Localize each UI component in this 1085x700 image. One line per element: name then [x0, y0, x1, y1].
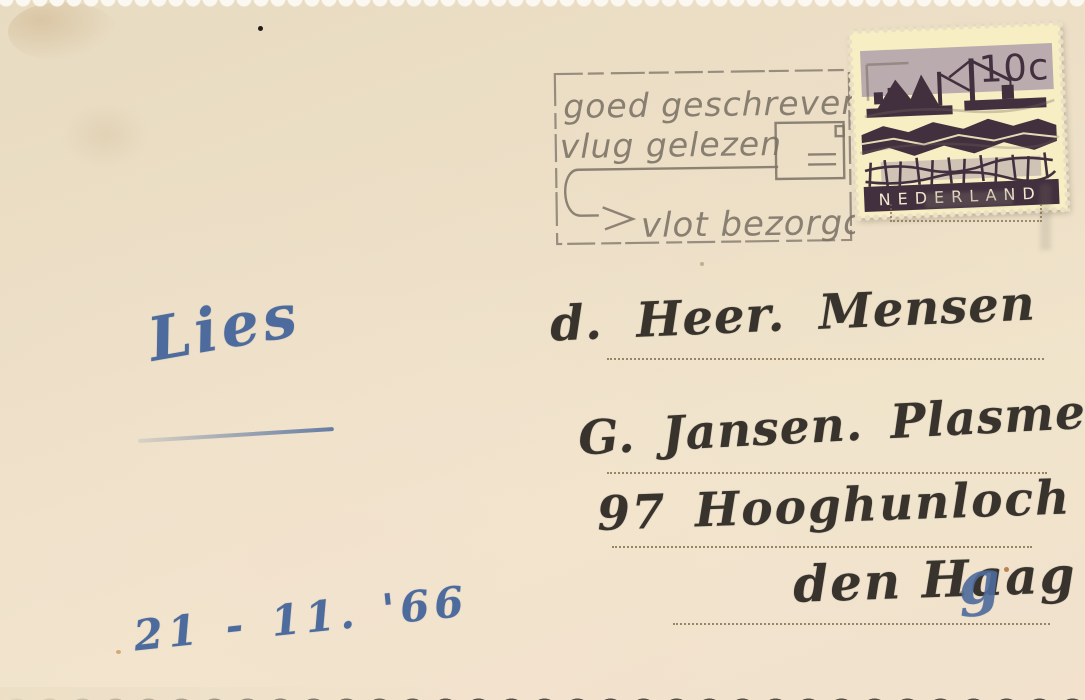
- postcard-back: goed geschreven vlug gelezen vlot bezorg…: [0, 0, 1085, 700]
- deckle-edge-top: [0, 0, 1085, 12]
- address-line-1: d. Heer. Mensen: [549, 275, 1037, 352]
- note-name: Lies: [143, 280, 306, 375]
- address-rule-2: [607, 472, 1047, 474]
- postage-stamp: 10c: [849, 23, 1068, 219]
- paper-speck: [116, 650, 121, 654]
- address-line-2: G. Jansen. Plasmeyer: [577, 381, 1085, 467]
- address-line-3: 97 Hooghunloch 97: [596, 467, 1085, 542]
- note-underline-stroke: [138, 427, 334, 443]
- postmark-slogan-line3: vlot bezorgd: [641, 203, 856, 246]
- postmark-slogan-cancel: goed geschreven vlug gelezen vlot bezorg…: [551, 62, 856, 254]
- address-rule-4: [673, 623, 1050, 625]
- address-blue-g-retrace: g: [956, 547, 1003, 620]
- paper-speck: [700, 262, 704, 266]
- paper-speck: [258, 26, 263, 31]
- paper-stain: [60, 100, 150, 170]
- delta-land-band: [861, 116, 1057, 158]
- stamp-design: 10c: [849, 23, 1068, 219]
- deckle-edge-bottom-fade: [0, 687, 456, 700]
- address-rule-1: [607, 358, 1044, 360]
- fence-backdrop: [881, 156, 1042, 183]
- stamp-box-outline: [890, 204, 1042, 222]
- address-rule-3: [612, 546, 1032, 548]
- paper-speck: [960, 591, 964, 595]
- note-date: 21 - 11. '66: [131, 577, 470, 661]
- address-line-4: den Haag: [792, 545, 1077, 614]
- postmark-slogan-line2: vlug gelezen: [560, 124, 783, 166]
- envelope-icon: [776, 122, 845, 179]
- postmark-slogan-line1: goed geschreven: [563, 83, 855, 126]
- paper-speck: [1004, 567, 1009, 572]
